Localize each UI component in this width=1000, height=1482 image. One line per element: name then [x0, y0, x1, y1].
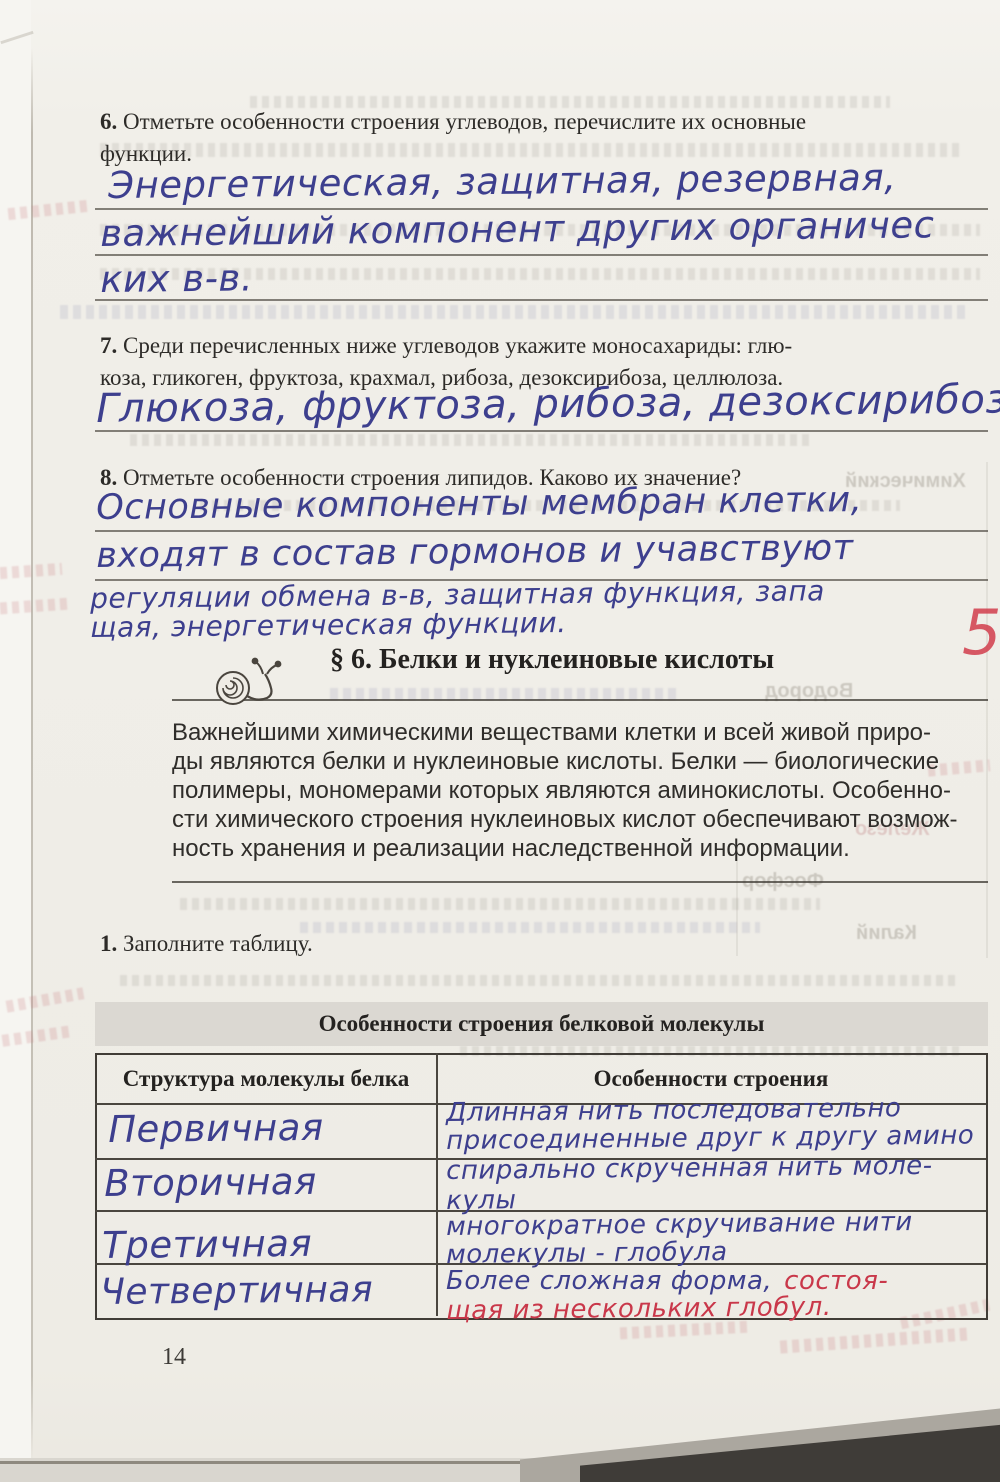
question-7-number: 7.	[100, 333, 117, 358]
answer-6-line3: ких в-в.	[100, 256, 253, 301]
answer-6-line2: важнейший компонент других органичес	[100, 203, 935, 255]
bleedthrough-table-line	[986, 462, 988, 958]
answer-8-line1: Основные компоненты мембран клетки,	[96, 480, 863, 528]
answer-rule	[95, 254, 988, 256]
table-header-col1: Структура молекулы белка	[97, 1066, 435, 1092]
answer-8-line2: входят в состав гормонов и учавствуют	[96, 528, 854, 576]
intro-line: ность хранения и реализации наследственн…	[172, 834, 957, 863]
bleedthrough-line	[120, 975, 960, 986]
table-title-band: Особенности строения белковой молекулы	[95, 1002, 988, 1046]
intro-line: Важнейшими химическими веществами клетки…	[172, 718, 957, 747]
task-1-text: Заполните таблицу.	[123, 931, 313, 956]
grade-mark: 5	[962, 596, 1000, 669]
table-row-feature-red: щая из нескольких глобул.	[446, 1292, 832, 1326]
intro-line: ды являются белки и нуклеиновые кислоты.…	[172, 747, 957, 776]
section-title: § 6. Белки и нуклеиновые кислоты	[330, 644, 774, 676]
bleedthrough-line	[60, 305, 970, 319]
header-rule	[172, 699, 988, 701]
table-title: Особенности строения белковой молекулы	[319, 1011, 765, 1037]
answer-7-line1: Глюкоза, фруктоза, рибоза, дезоксирибоза	[96, 376, 1000, 432]
answer-rule	[95, 299, 988, 301]
intro-line: полимеры, мономерами которых являются ам…	[172, 776, 957, 805]
bleedthrough-line	[300, 922, 760, 933]
task-1-number: 1.	[100, 931, 117, 956]
table-row-feature: спирально скрученная нить моле-	[446, 1151, 933, 1186]
snail-icon	[205, 652, 285, 708]
question-6-number: 6.	[100, 109, 117, 134]
question-7: 7. Среди перечисленных ниже углеводов ук…	[100, 330, 980, 361]
table-row-structure: Четвертичная	[100, 1269, 373, 1313]
table-column-divider	[436, 1053, 438, 1316]
feature-blue-part: Более сложная форма,	[446, 1266, 772, 1296]
answer-6-line1: Энергетическая, защитная, резервная,	[108, 156, 897, 207]
table-row-structure: Первичная	[108, 1106, 324, 1151]
bleedthrough-line	[100, 143, 960, 157]
bleedthrough-word: Калий	[856, 922, 917, 945]
table-row-structure: Вторичная	[104, 1160, 317, 1205]
table-row-structure: Третичная	[102, 1222, 312, 1267]
question-8-number: 8.	[100, 465, 117, 490]
bleedthrough-pink	[780, 1327, 970, 1353]
table-header-col2: Особенности строения	[438, 1066, 984, 1092]
task-1: 1. Заполните таблицу.	[100, 928, 313, 959]
page-left-edge	[31, 48, 33, 1460]
scan-margin	[0, 0, 31, 1482]
answer-rule	[95, 430, 988, 432]
page-number: 14	[162, 1344, 186, 1371]
question-6-text-line1: Отметьте особенности строения углеводов,…	[123, 109, 806, 134]
intro-paragraph: Важнейшими химическими веществами клетки…	[172, 718, 957, 863]
bleedthrough-line	[180, 898, 820, 910]
section-bottom-rule	[172, 881, 988, 883]
question-7-text-line1: Среди перечисленных ниже углеводов укажи…	[123, 333, 792, 358]
workbook-page: Химический Водород Железо Фосфор Калий 6…	[0, 0, 1000, 1482]
question-6: 6. Отметьте особенности строения углевод…	[100, 106, 980, 137]
bleedthrough-line	[130, 434, 810, 446]
answer-8-line4: щая, энергетическая функции.	[90, 606, 567, 644]
intro-line: сти химического строения нуклеиновых кис…	[172, 805, 957, 834]
bleedthrough-table-line	[736, 856, 738, 956]
